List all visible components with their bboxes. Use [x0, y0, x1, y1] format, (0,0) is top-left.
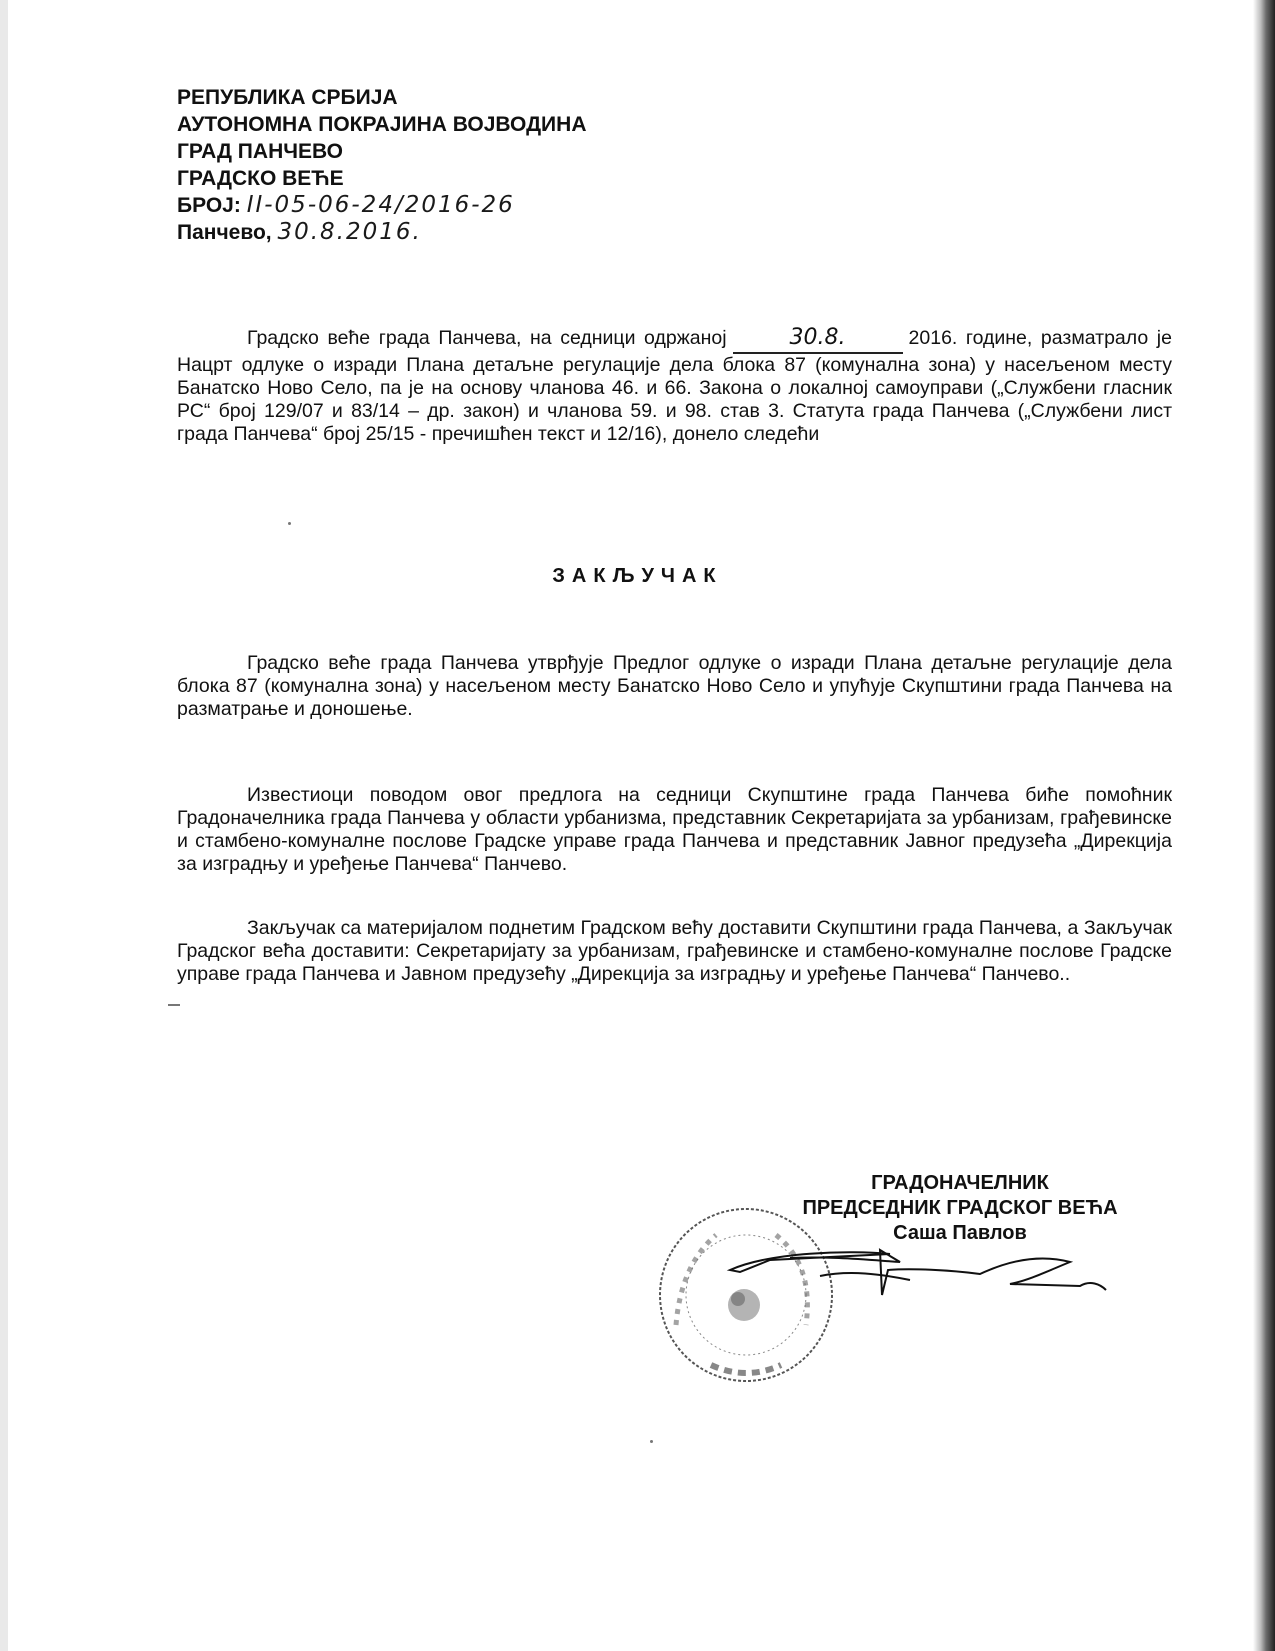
document-place-date: Панчево, 30.8.2016. — [177, 219, 586, 246]
header-line-province: АУТОНОМНА ПОКРАЈИНА ВОЈВОДИНА — [177, 111, 586, 138]
intro-before-date: Градско веће града Панчева, на седници о… — [247, 327, 727, 349]
session-date-field: 30.8. — [733, 330, 903, 354]
scan-speck — [168, 1004, 180, 1006]
intro-paragraph: Градско веће града Панчева, на седници о… — [177, 327, 1172, 446]
header-line-city: ГРАД ПАНЧЕВО — [177, 138, 586, 165]
session-date-handwritten: 30.8. — [790, 325, 846, 350]
header-line-council: ГРАДСКО ВЕЋЕ — [177, 165, 586, 192]
paragraph-text: Градско веће града Панчева утврђује Пред… — [177, 652, 1172, 721]
place-label: Панчево, — [177, 221, 272, 244]
number-label: БРОЈ: — [177, 194, 241, 217]
paragraph-text: Известиоци поводом овог предлога на седн… — [177, 784, 1172, 876]
conclusion-paragraph-3: Закључак са материјалом поднетим Градско… — [177, 917, 1172, 986]
scan-speck — [650, 1440, 653, 1443]
scan-speck — [288, 522, 291, 525]
date-handwritten: 30.8.2016. — [277, 219, 421, 245]
header-line-republic: РЕПУБЛИКА СРБИЈА — [177, 84, 586, 111]
conclusion-paragraph-2: Известиоци поводом овог предлога на седн… — [177, 784, 1172, 876]
paragraph-text: Закључак са материјалом поднетим Градско… — [177, 917, 1172, 986]
handwritten-signature-icon — [710, 1240, 1110, 1300]
document-title: ЗАКЉУЧАК — [0, 565, 1275, 588]
document-number: БРОЈ: II-05-06-24/2016-26 — [177, 192, 586, 219]
conclusion-paragraph-1: Градско веће града Панчева утврђује Пред… — [177, 652, 1172, 721]
scan-edge-left — [0, 0, 8, 1651]
document-header: РЕПУБЛИКА СРБИЈА АУТОНОМНА ПОКРАЈИНА ВОЈ… — [177, 84, 586, 246]
number-value-handwritten: II-05-06-24/2016-26 — [247, 192, 515, 218]
scan-edge-right — [1253, 0, 1275, 1651]
signature-title-mayor: ГРАДОНАЧЕЛНИК — [755, 1171, 1165, 1196]
